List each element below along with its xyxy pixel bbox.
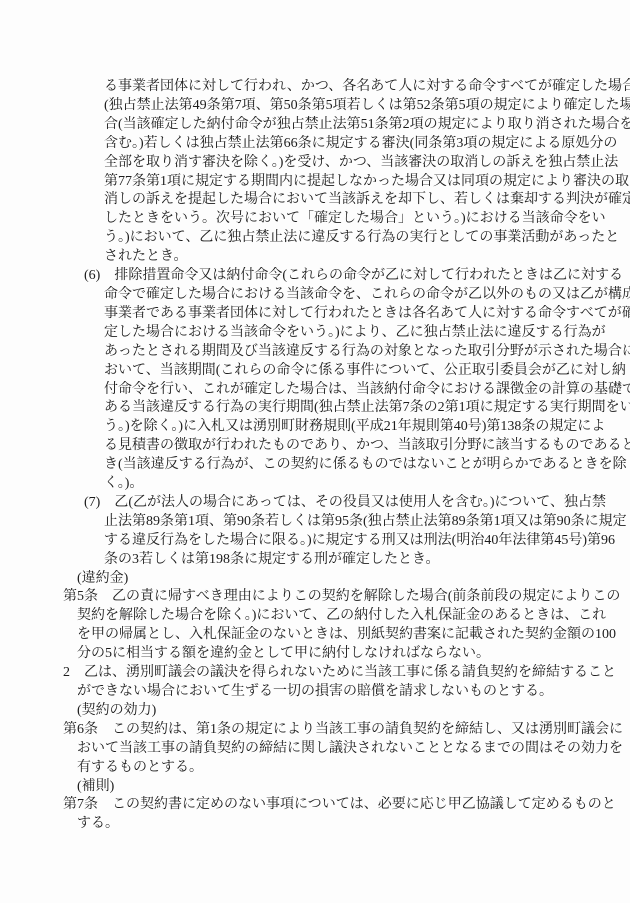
document-line: る事業者団体に対して行われ、かつ、各名あて人に対する命令すべてが確定した場合 bbox=[0, 78, 630, 97]
document-line: (7) 乙(乙が法人の場合にあっては、その役員又は使用人を含む。)について、独占… bbox=[0, 494, 630, 513]
document-line: る見積書の徴取が行われたものであり、かつ、当該取引分野に該当するものであると bbox=[0, 437, 630, 456]
document-line: 第5条 乙の責に帰すべき理由によりこの契約を解除した場合(前条前段の規定によりこ… bbox=[0, 588, 630, 607]
document-line: 第7条 この契約書に定めのない事項については、必要に応じ甲乙協議して定めるものと bbox=[0, 796, 630, 815]
document-line: おいて当該工事の請負契約の締結に関し議決されないこととなるまでの間はその効力を bbox=[0, 740, 630, 759]
document-line: (違約金) bbox=[0, 570, 630, 589]
document-line: う。)において、乙に独占禁止法に違反する行為の実行としての事業活動があったと bbox=[0, 229, 630, 248]
document-line: ある当該違反する行為の実行期間(独占禁止法第7条の2第1項に規定する実行期間をい bbox=[0, 399, 630, 418]
document-line: く。)。 bbox=[0, 475, 630, 494]
document-line: する違反行為をした場合に限る。)に規定する刑又は刑法(明治40年法律第45号)第… bbox=[0, 532, 630, 551]
document-line: されたとき。 bbox=[0, 248, 630, 267]
document-line: 第6条 この契約は、第1条の規定により当該工事の請負契約を締結し、又は湧別町議会… bbox=[0, 721, 630, 740]
document-line: 分の5に相当する額を違約金として甲に納付しなければならない。 bbox=[0, 645, 630, 664]
document-line: したときをいう。次号において「確定した場合」という。)における当該命令をい bbox=[0, 210, 630, 229]
document-line: (独占禁止法第49条第7項、第50条第5項若しくは第52条第5項の規定により確定… bbox=[0, 97, 630, 116]
document-line: 契約を解除した場合を除く。)において、乙の納付した入札保証金のあるときは、これ bbox=[0, 607, 630, 626]
document-line: き(当該違反する行為が、この契約に係るものではないことが明らかであるときを除 bbox=[0, 456, 630, 475]
document-page: る事業者団体に対して行われ、かつ、各名あて人に対する命令すべてが確定した場合(独… bbox=[0, 0, 630, 903]
document-line: 条の3若しくは第198条に規定する刑が確定したとき。 bbox=[0, 551, 630, 570]
document-line: おいて、当該期間(これらの命令に係る事件について、公正取引委員会が乙に対し納 bbox=[0, 362, 630, 381]
document-line: あったとされる期間及び当該違反する行為の対象となった取引分野が示された場合に bbox=[0, 343, 630, 362]
document-line: 消しの訴えを提起した場合において当該訴えを却下し、若しくは棄却する判決が確定 bbox=[0, 191, 630, 210]
document-body: る事業者団体に対して行われ、かつ、各名あて人に対する命令すべてが確定した場合(独… bbox=[0, 78, 630, 834]
document-line: (契約の効力) bbox=[0, 702, 630, 721]
document-line: 合(当該確定した納付命令が独占禁止法第51条第2項の規定により取り消された場合を bbox=[0, 116, 630, 135]
document-line: (6) 排除措置命令又は納付命令(これらの命令が乙に対して行われたときは乙に対す… bbox=[0, 267, 630, 286]
document-line: を甲の帰属とし、入札保証金のないときは、別紙契約書案に記載された契約金額の100 bbox=[0, 626, 630, 645]
document-line: 第77条第1項に規定する期間内に提起しなかった場合又は同項の規定により審決の取 bbox=[0, 173, 630, 192]
document-line: 命令で確定した場合における当該命令を、これらの命令が乙以外のもの又は乙が構成 bbox=[0, 286, 630, 305]
document-line: 付命令を行い、これが確定した場合は、当該納付命令における課徴金の計算の基礎で bbox=[0, 381, 630, 400]
document-line: 有するものとする。 bbox=[0, 759, 630, 778]
document-line: (補則) bbox=[0, 778, 630, 797]
document-line: ができない場合において生ずる一切の損害の賠償を請求しないものとする。 bbox=[0, 683, 630, 702]
document-line: う。)を除く。)に入札又は湧別町財務規則(平成21年規則第40号)第138条の規… bbox=[0, 418, 630, 437]
document-line: する。 bbox=[0, 815, 630, 834]
document-line: 定した場合における当該命令をいう。)により、乙に独占禁止法に違反する行為が bbox=[0, 324, 630, 343]
document-line: 2 乙は、湧別町議会の議決を得られないために当該工事に係る請負契約を締結すること bbox=[0, 664, 630, 683]
document-line: 止法第89条第1項、第90条若しくは第95条(独占禁止法第89条第1項又は第90… bbox=[0, 513, 630, 532]
document-line: 全部を取り消す審決を除く。)を受け、かつ、当該審決の取消しの訴えを独占禁止法 bbox=[0, 154, 630, 173]
document-line: 含む。)若しくは独占禁止法第66条に規定する審決(同条第3項の規定による原処分の bbox=[0, 135, 630, 154]
document-line: 事業者である事業者団体に対して行われたときは各名あて人に対する命令すべてが確 bbox=[0, 305, 630, 324]
